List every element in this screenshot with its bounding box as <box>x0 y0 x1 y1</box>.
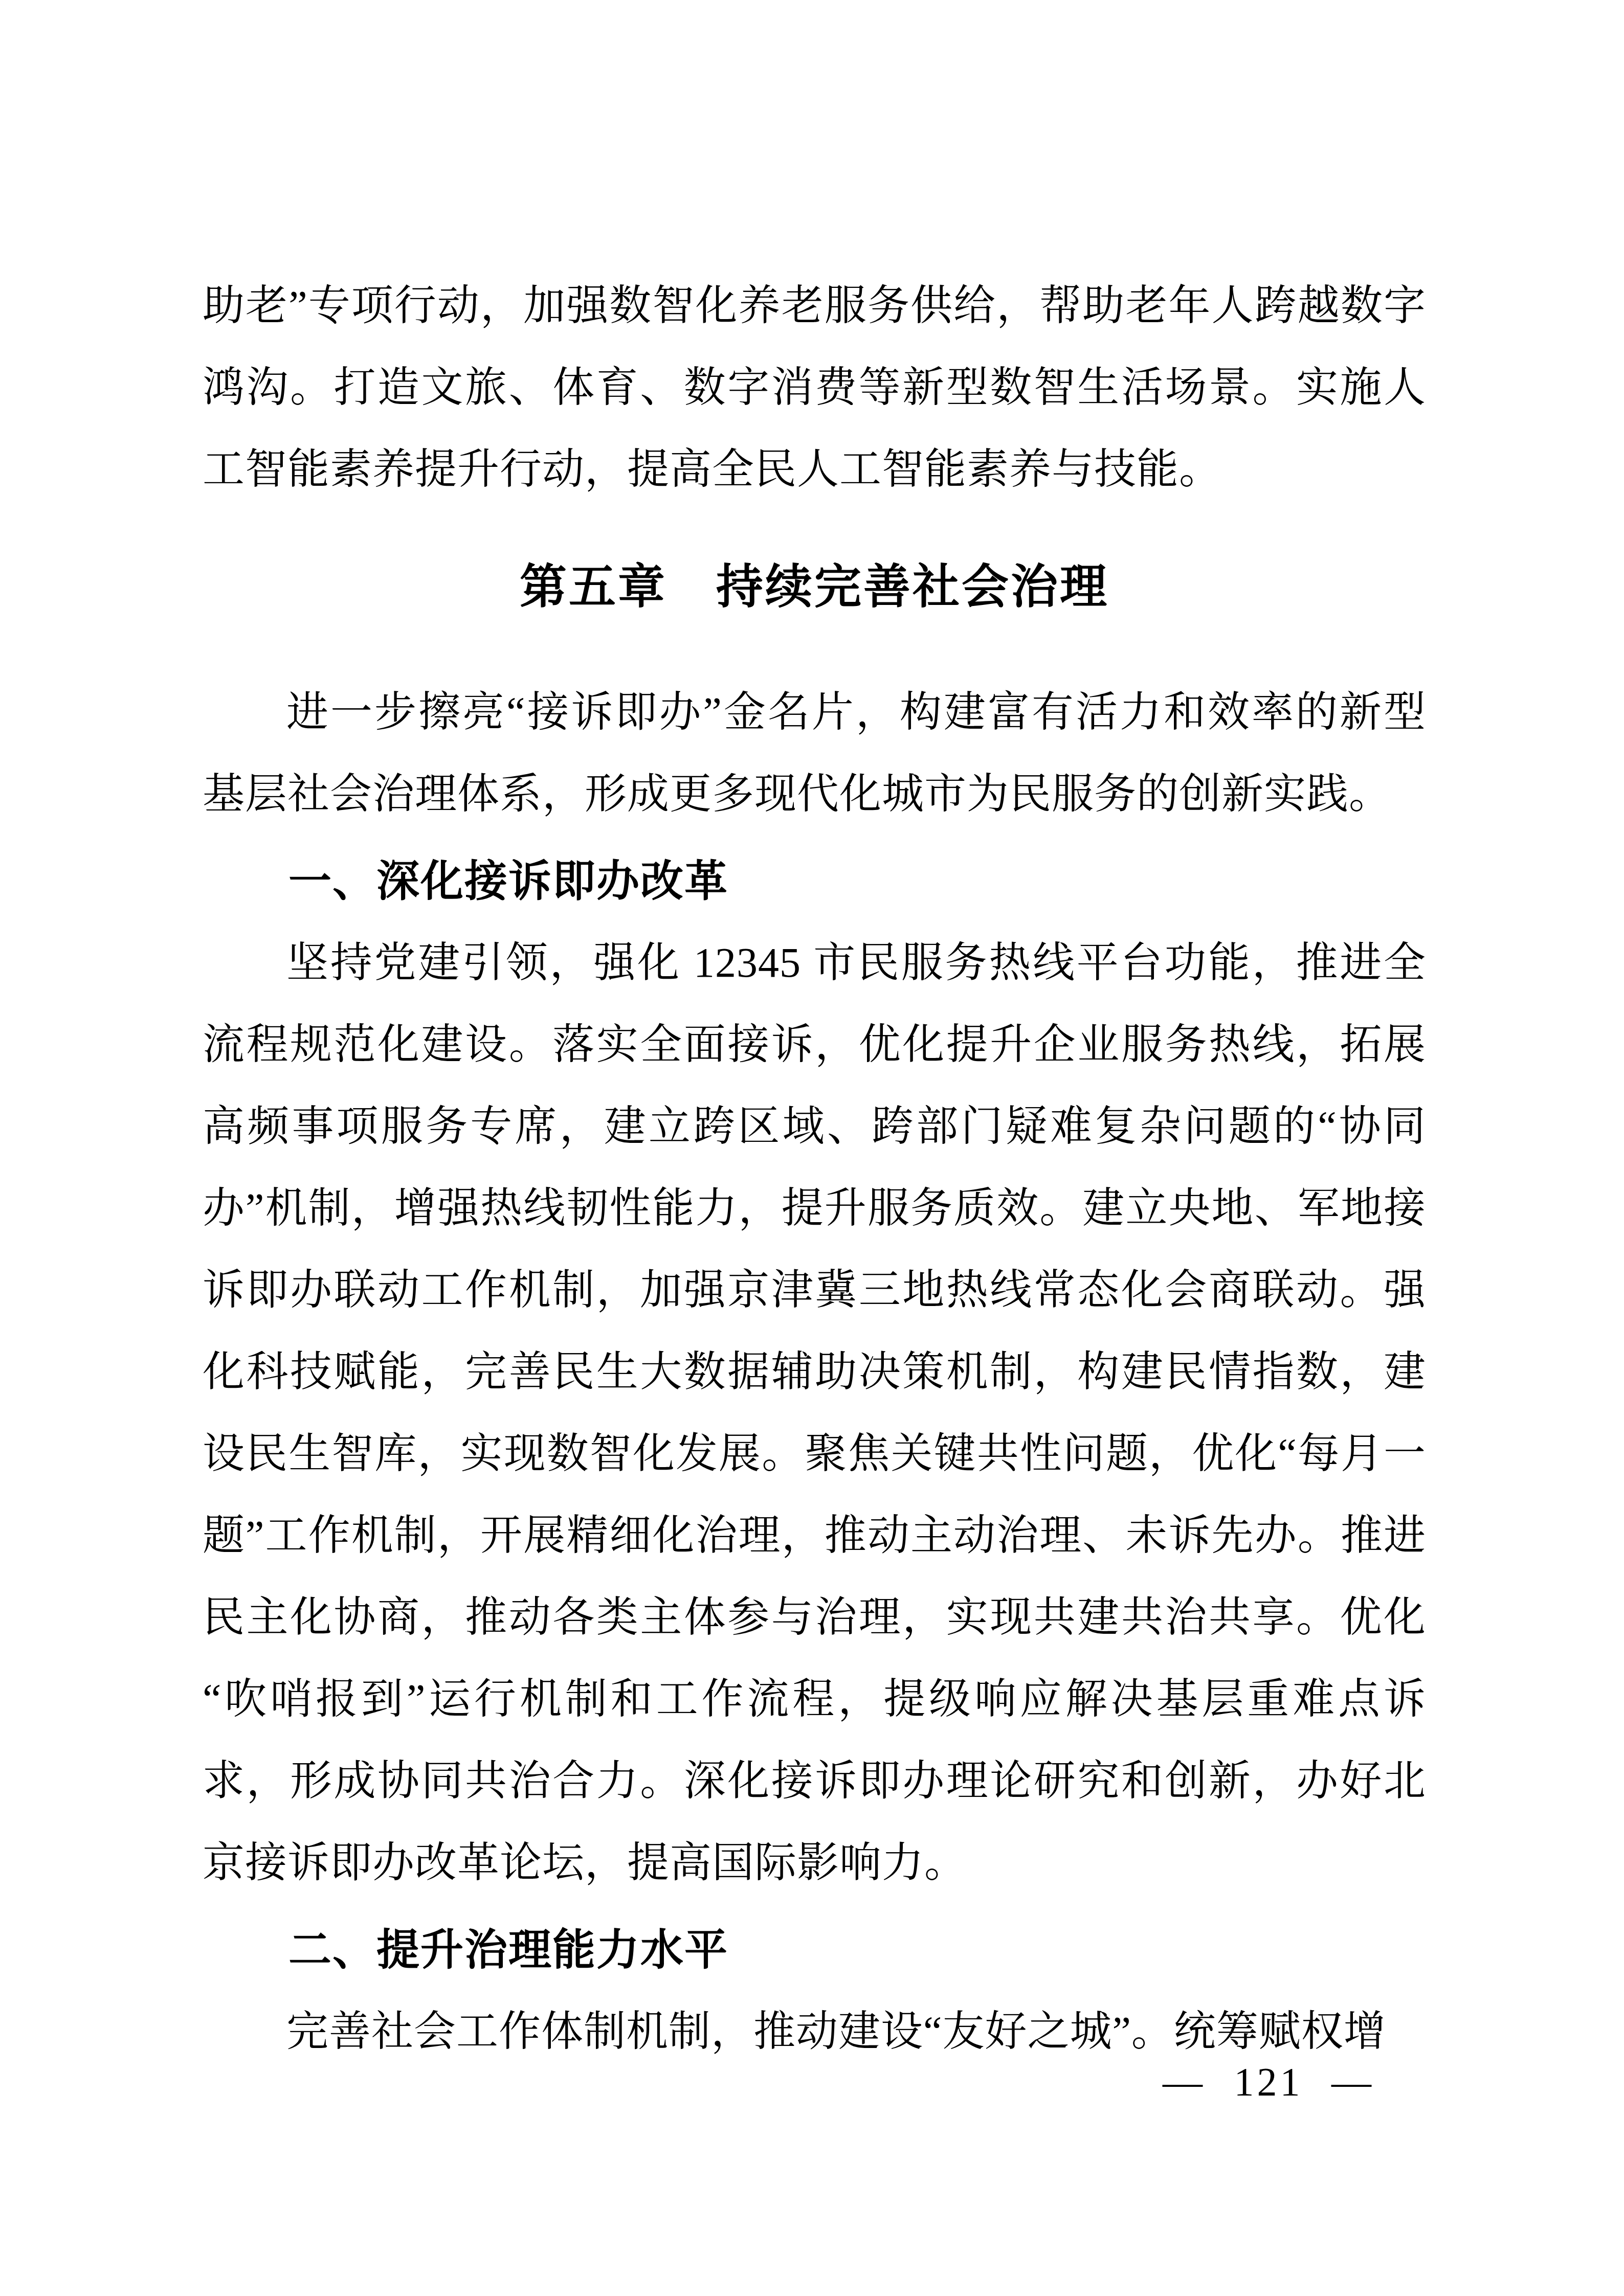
section-heading-2: 二、提升治理能力水平 <box>203 1909 1426 1991</box>
section-heading-1: 一、深化接诉即办改革 <box>203 840 1426 922</box>
page-content: 助老”专项行动，加强数智化养老服务供给，帮助老年人跨越数字鸿沟。打造文旅、体育、… <box>203 265 1426 2073</box>
document-page: 助老”专项行动，加强数智化养老服务供给，帮助老年人跨越数字鸿沟。打造文旅、体育、… <box>0 0 1624 2296</box>
paragraph-continuation: 助老”专项行动，加强数智化养老服务供给，帮助老年人跨越数字鸿沟。打造文旅、体育、… <box>203 265 1426 510</box>
chapter-heading: 第五章 持续完善社会治理 <box>203 546 1426 628</box>
paragraph-section-1: 坚持党建引领，强化 12345 市民服务热线平台功能，推进全流程规范化建设。落实… <box>203 922 1426 1904</box>
paragraph-intro: 进一步擦亮“接诉即办”金名片，构建富有活力和效率的新型基层社会治理体系，形成更多… <box>203 671 1426 835</box>
page-number: — 121 — <box>1163 2054 1374 2110</box>
